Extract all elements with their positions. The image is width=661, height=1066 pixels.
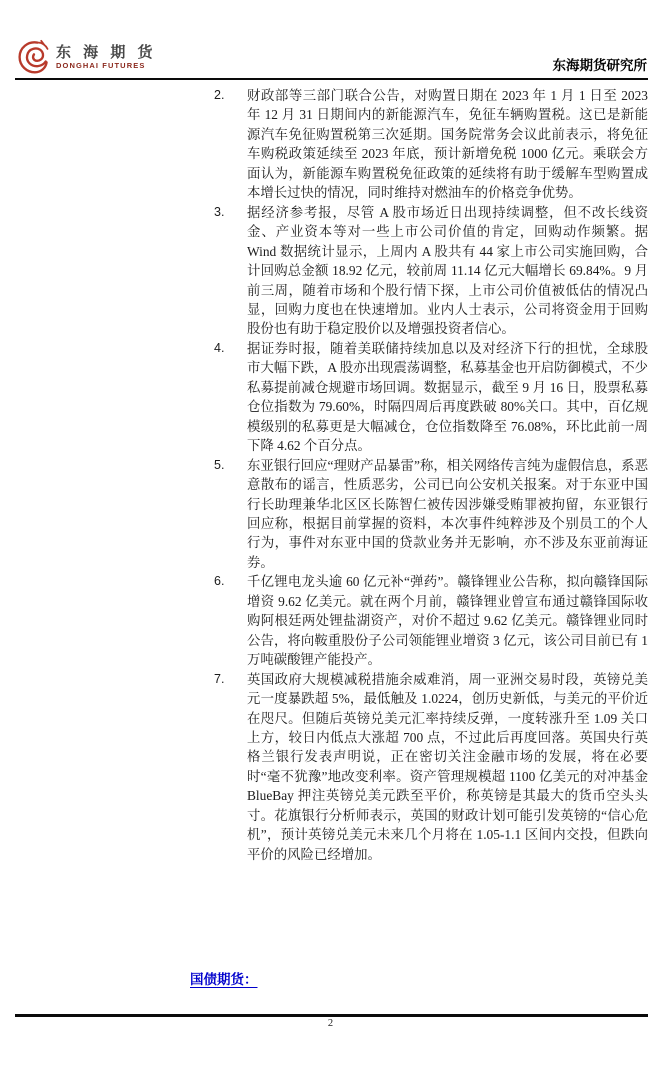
news-item-text: 据经济参考报，尽管 A 股市场近日出现持续调整，但不改长线资金、产业资本等对一些… bbox=[247, 203, 648, 339]
news-item-number: 7. bbox=[214, 670, 247, 865]
header-rule bbox=[15, 78, 648, 80]
news-item-2: 2. 财政部等三部门联合公告，对购置日期在 2023 年 1 月 1 日至 20… bbox=[214, 86, 648, 203]
page-header: 东 海 期 货 DONGHAI FUTURES 东海期货研究所 bbox=[0, 0, 661, 80]
donghai-logo: 东 海 期 货 DONGHAI FUTURES bbox=[16, 39, 157, 75]
institute-name: 东海期货研究所 bbox=[553, 54, 648, 74]
dragon-logo-icon bbox=[16, 39, 52, 75]
news-item-3: 3. 据经济参考报，尽管 A 股市场近日出现持续调整，但不改长线资金、产业资本等… bbox=[214, 203, 648, 339]
treasury-futures-section-link[interactable]: 国债期货： bbox=[190, 968, 272, 988]
news-item-number: 2. bbox=[214, 86, 247, 203]
news-item-text: 据证券时报，随着美联储持续加息以及对经济下行的担忧，全球股市大幅下跌，A 股亦出… bbox=[247, 339, 648, 456]
news-item-text: 财政部等三部门联合公告，对购置日期在 2023 年 1 月 1 日至 2023 … bbox=[247, 86, 648, 203]
news-item-text: 英国政府大规模减税措施余威难消，周一亚洲交易时段，英镑兑美元一度暴跌超 5%，最… bbox=[247, 670, 648, 865]
footer-rule bbox=[15, 1014, 648, 1017]
news-item-number: 3. bbox=[214, 203, 247, 339]
news-list: 2. 财政部等三部门联合公告，对购置日期在 2023 年 1 月 1 日至 20… bbox=[214, 86, 648, 864]
news-item-7: 7. 英国政府大规模减税措施余威难消，周一亚洲交易时段，英镑兑美元一度暴跌超 5… bbox=[214, 670, 648, 865]
logo-text: 东 海 期 货 DONGHAI FUTURES bbox=[56, 44, 157, 70]
news-item-number: 6. bbox=[214, 572, 247, 669]
news-item-4: 4. 据证券时报，随着美联储持续加息以及对经济下行的担忧，全球股市大幅下跌，A … bbox=[214, 339, 648, 456]
news-item-text: 千亿锂电龙头逾 60 亿元补“弹药”。赣锋锂业公告称，拟向赣锋国际增资 9.62… bbox=[247, 572, 648, 669]
news-item-6: 6. 千亿锂电龙头逾 60 亿元补“弹药”。赣锋锂业公告称，拟向赣锋国际增资 9… bbox=[214, 572, 648, 669]
report-page: 东 海 期 货 DONGHAI FUTURES 东海期货研究所 2. 财政部等三… bbox=[0, 0, 661, 1066]
logo-name-en: DONGHAI FUTURES bbox=[56, 61, 157, 70]
news-item-5: 5. 东亚银行回应“理财产品暴雷”称，相关网络传言纯为虚假信息，系恶意散布的谣言… bbox=[214, 456, 648, 573]
news-item-text: 东亚银行回应“理财产品暴雷”称，相关网络传言纯为虚假信息，系恶意散布的谣言，性质… bbox=[247, 456, 648, 573]
news-item-number: 5. bbox=[214, 456, 247, 573]
logo-name-cn: 东 海 期 货 bbox=[56, 44, 157, 61]
news-item-number: 4. bbox=[214, 339, 247, 456]
page-number: 2 bbox=[0, 1018, 661, 1029]
